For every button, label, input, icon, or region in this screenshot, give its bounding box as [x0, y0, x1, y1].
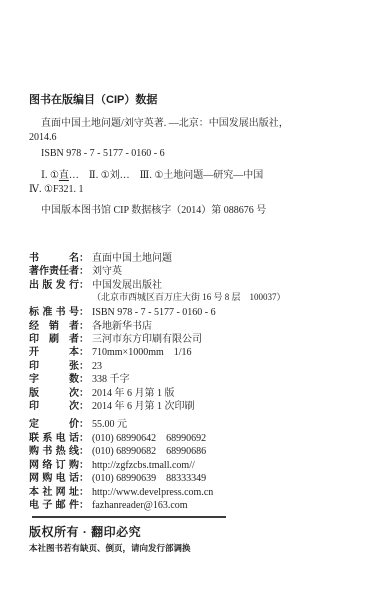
- detail-label: 标准书号: [29, 306, 79, 319]
- detail-value: (010) 68990642 68990692: [89, 432, 206, 445]
- detail-row: 联系电话：(010) 68990642 68990692: [29, 432, 357, 445]
- detail-row: 网络订购：http://zgfzcbs.tmall.com//: [29, 459, 357, 472]
- detail-colon: ：: [79, 360, 89, 373]
- detail-value: fazhanreader@163.com: [89, 499, 188, 512]
- detail-label: 印张: [29, 360, 79, 373]
- detail-colon: ：: [79, 279, 89, 292]
- detail-value: 各地新华书店: [89, 320, 152, 333]
- detail-label: 书名: [29, 252, 79, 265]
- detail-row: 购书热线：(010) 68990682 68990686: [29, 445, 357, 458]
- detail-label: 定价: [29, 418, 79, 431]
- detail-label: 联系电话: [29, 432, 79, 445]
- exchange-note: 本社图书若有缺页、倒页，请向发行部调换: [29, 543, 357, 553]
- cip-block: 图书在版编目（CIP）数据 直面中国土地问题/刘守英著. —北京：中国发展出版社…: [29, 94, 357, 218]
- detail-label: 著作责任者: [29, 265, 79, 278]
- publication-details: 书名：直面中国土地问题著作责任者：刘守英出版发行：中国发展出版社（北京市西城区百…: [29, 252, 357, 512]
- detail-value: 直面中国土地问题: [89, 252, 172, 265]
- detail-row: 网购电话：(010) 68990639 88333349: [29, 472, 357, 485]
- detail-value: 2014 年 6 月第 1 版: [89, 387, 175, 400]
- detail-row: 电子邮件：fazhanreader@163.com: [29, 499, 357, 512]
- detail-label: 网购电话: [29, 472, 79, 485]
- detail-row: 经销者：各地新华书店: [29, 320, 357, 333]
- detail-colon: ：: [79, 387, 89, 400]
- detail-colon: ：: [79, 320, 89, 333]
- detail-row: 字数：338 千字: [29, 373, 357, 386]
- detail-colon: ：: [79, 373, 89, 386]
- detail-row: 定价：55.00 元: [29, 418, 357, 431]
- detail-value: 338 千字: [89, 373, 130, 386]
- divider-line: [32, 516, 226, 518]
- detail-colon: ：: [79, 445, 89, 458]
- copyright-notice: 版权所有 · 翻印必究: [29, 525, 357, 539]
- detail-value: 55.00 元: [89, 418, 127, 431]
- detail-row: 出版发行：中国发展出版社: [29, 279, 357, 292]
- cip-record-number: 中国版本图书馆 CIP 数据核字（2014）第 088676 号: [29, 204, 357, 218]
- detail-colon: ：: [79, 252, 89, 265]
- detail-row: 著作责任者：刘守英: [29, 265, 357, 278]
- detail-value: 23: [89, 360, 102, 373]
- cip-class-rest: … Ⅱ. ①刘… Ⅲ. ①土地问题—研究—中国: [69, 170, 263, 181]
- detail-row: 印次：2014 年 6 月第 1 次印刷: [29, 400, 357, 413]
- detail-label: 开本: [29, 346, 79, 359]
- detail-row: 印刷者：三河市东方印刷有限公司: [29, 333, 357, 346]
- cip-classification-line-2: Ⅳ. ①F321. 1: [29, 183, 357, 197]
- publisher-address: （北京市西城区百万庄大街 16 号 8 层 100037）: [92, 292, 357, 303]
- detail-row: 开本：710mm×1000mm 1/16: [29, 346, 357, 359]
- detail-row: 印张：23: [29, 360, 357, 373]
- detail-row: 标准书号：ISBN 978 - 7 - 5177 - 0160 - 6: [29, 306, 357, 319]
- detail-label: 印次: [29, 400, 79, 413]
- detail-colon: ：: [79, 418, 89, 431]
- detail-label: 印刷者: [29, 333, 79, 346]
- detail-label: 经销者: [29, 320, 79, 333]
- detail-colon: ：: [79, 486, 89, 499]
- detail-row: 本社网址：http://www.develpress.com.cn: [29, 486, 357, 499]
- detail-row: 书名：直面中国土地问题: [29, 252, 357, 265]
- cip-header: 图书在版编目（CIP）数据: [29, 94, 357, 107]
- detail-value: ISBN 978 - 7 - 5177 - 0160 - 6: [89, 306, 216, 319]
- detail-colon: ：: [79, 432, 89, 445]
- detail-colon: ：: [79, 472, 89, 485]
- detail-colon: ：: [79, 499, 89, 512]
- detail-value: 中国发展出版社: [89, 279, 162, 292]
- detail-label: 出版发行: [29, 279, 79, 292]
- cip-class-prefix: Ⅰ. ①: [41, 170, 59, 181]
- detail-label: 购书热线: [29, 445, 79, 458]
- detail-row: 版次：2014 年 6 月第 1 版: [29, 387, 357, 400]
- detail-label: 本社网址: [29, 486, 79, 499]
- cip-classification-line: Ⅰ. ①直… Ⅱ. ①刘… Ⅲ. ①土地问题—研究—中国: [29, 169, 357, 183]
- book-colophon-page: 图书在版编目（CIP）数据 直面中国土地问题/刘守英著. —北京：中国发展出版社…: [0, 0, 375, 596]
- detail-value: (010) 68990682 68990686: [89, 445, 206, 458]
- detail-value: http://www.develpress.com.cn: [89, 486, 213, 499]
- detail-value: 2014 年 6 月第 1 次印刷: [89, 400, 195, 413]
- detail-value: 710mm×1000mm 1/16: [89, 346, 192, 359]
- cip-year-line: 2014.6: [29, 131, 357, 145]
- detail-value: 刘守英: [89, 265, 122, 278]
- detail-label: 网络订购: [29, 459, 79, 472]
- detail-colon: ：: [79, 400, 89, 413]
- cip-isbn-line: ISBN 978 - 7 - 5177 - 0160 - 6: [29, 147, 357, 161]
- detail-label: 版次: [29, 387, 79, 400]
- cip-class-underlined-char: 直: [59, 170, 69, 181]
- detail-label: 电子邮件: [29, 499, 79, 512]
- cip-title-line: 直面中国土地问题/刘守英著. —北京：中国发展出版社，: [29, 117, 357, 131]
- detail-value: (010) 68990639 88333349: [89, 472, 206, 485]
- detail-colon: ：: [79, 333, 89, 346]
- detail-colon: ：: [79, 346, 89, 359]
- detail-value: 三河市东方印刷有限公司: [89, 333, 202, 346]
- detail-colon: ：: [79, 306, 89, 319]
- detail-colon: ：: [79, 459, 89, 472]
- detail-colon: ：: [79, 265, 89, 278]
- detail-label: 字数: [29, 373, 79, 386]
- detail-value: http://zgfzcbs.tmall.com//: [89, 459, 195, 472]
